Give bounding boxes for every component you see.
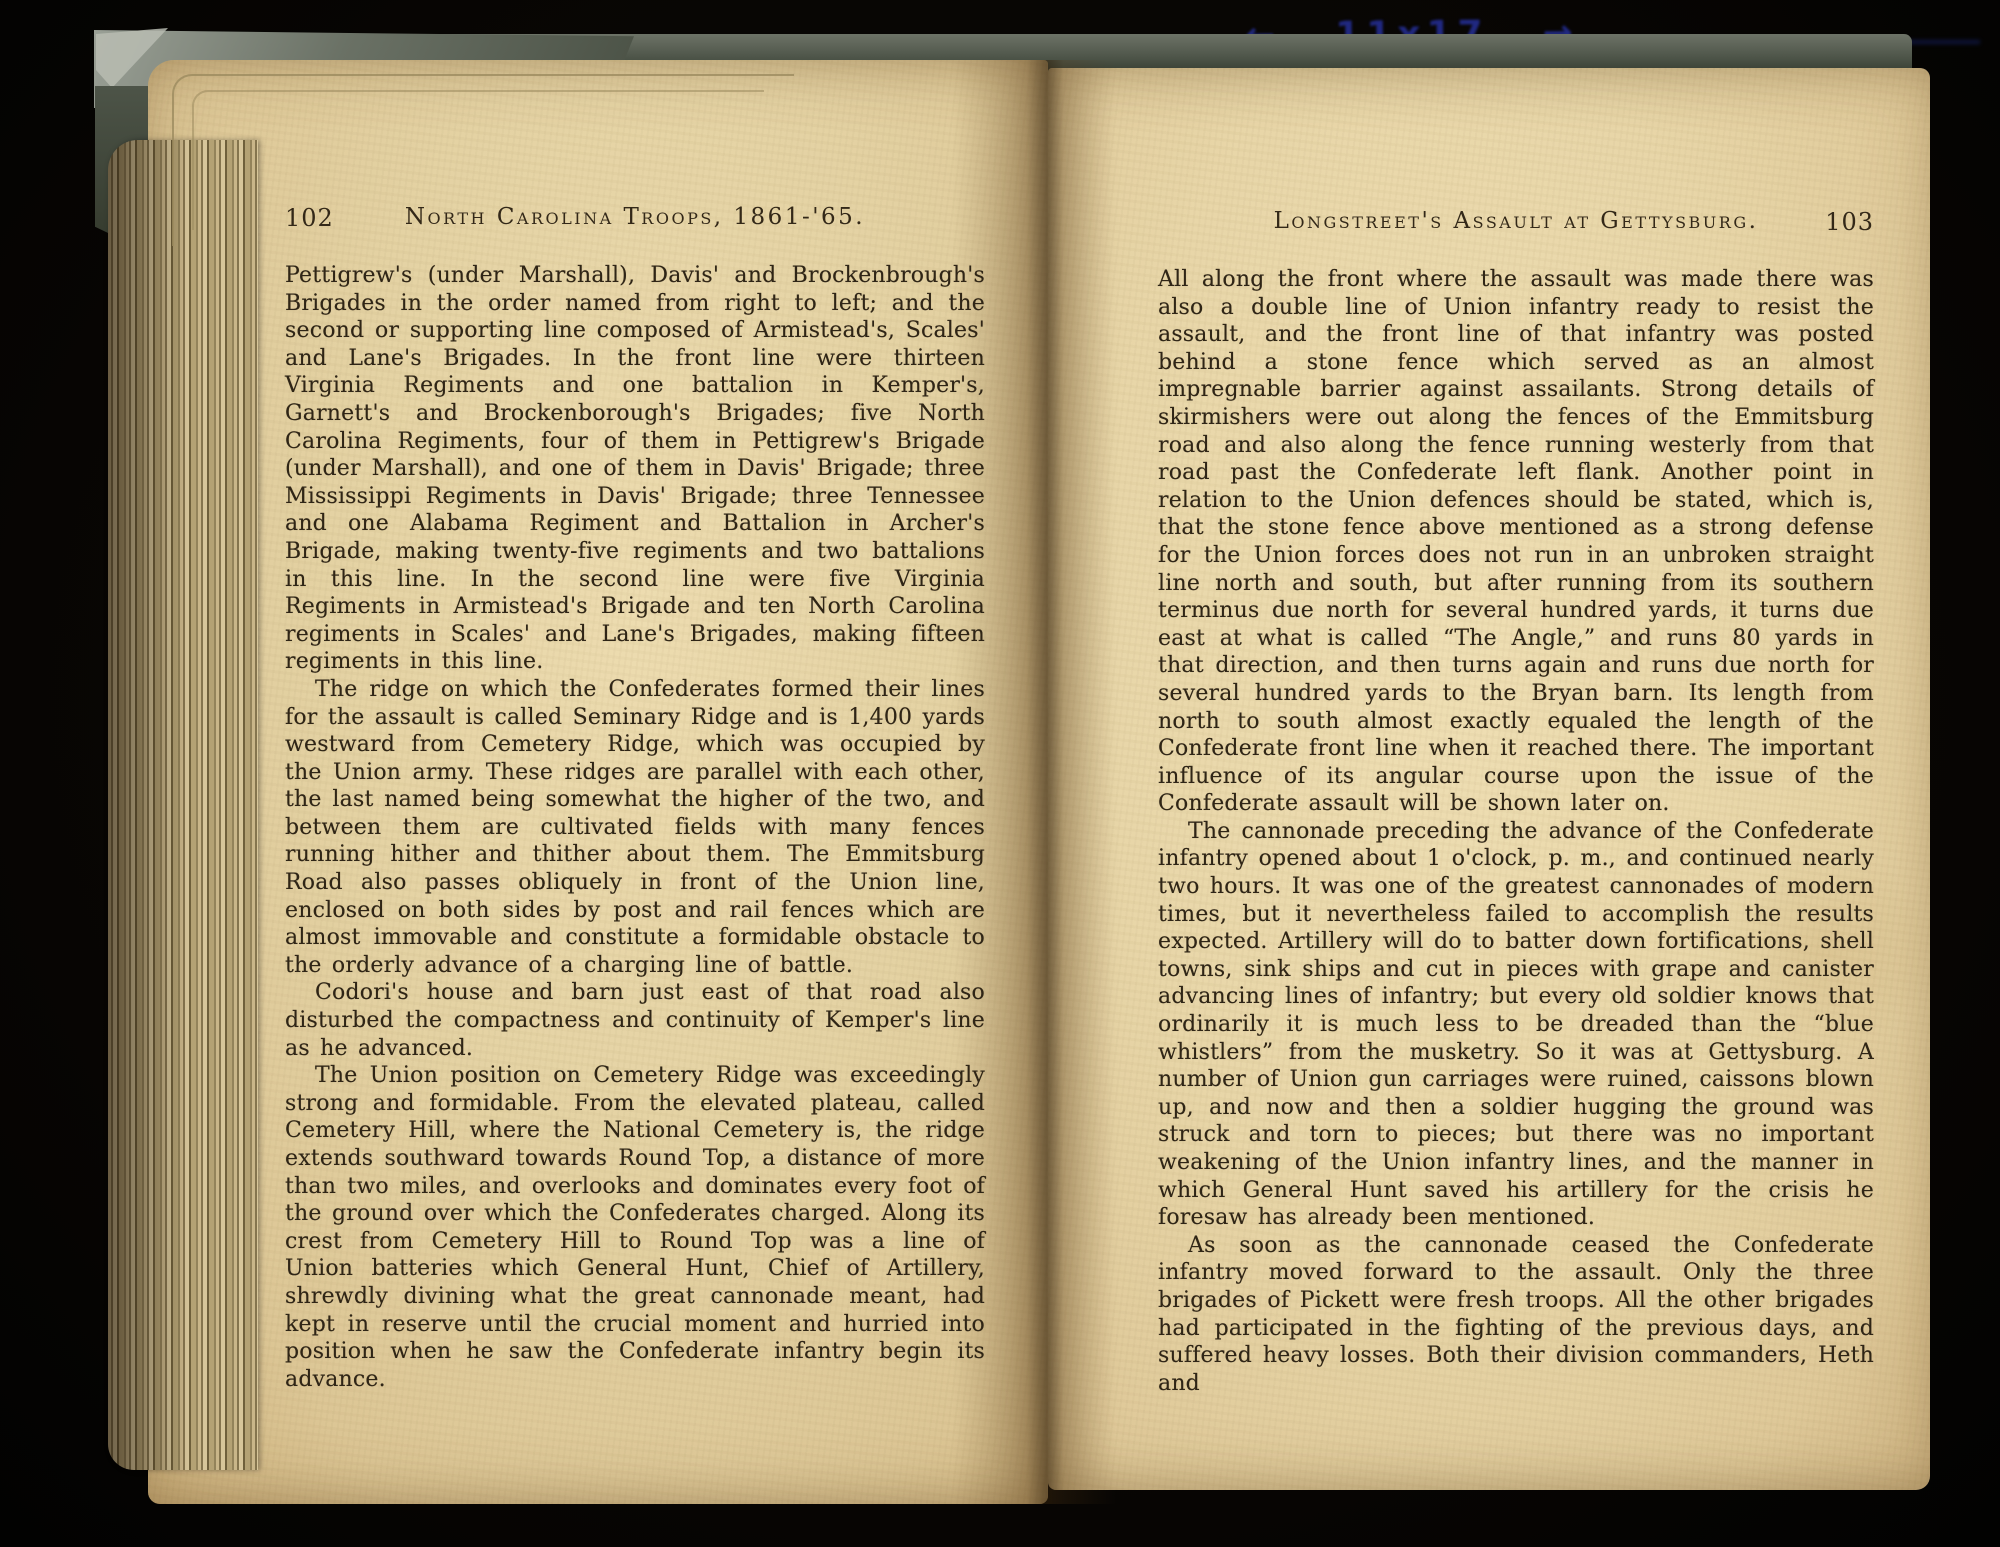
left-page-number: 102: [285, 204, 334, 232]
left-page-text: 102 North Carolina Troops, 1861-'65. Pet…: [285, 204, 985, 1393]
right-page-number: 103: [1825, 208, 1874, 236]
left-running-head: 102 North Carolina Troops, 1861-'65.: [285, 204, 985, 238]
paragraph: The Union position on Cemetery Ridge was…: [285, 1062, 985, 1393]
right-page-text: Longstreet's Assault at Gettysburg. 103 …: [1158, 208, 1874, 1397]
paragraph: The cannonade preceding the advance of t…: [1158, 818, 1874, 1232]
paragraph: Pettigrew's (under Marshall), Davis' and…: [285, 262, 985, 676]
right-running-head: Longstreet's Assault at Gettysburg. 103: [1158, 208, 1874, 242]
paragraph: All along the front where the assault wa…: [1158, 266, 1874, 818]
paragraph: As soon as the cannonade ceased the Conf…: [1158, 1232, 1874, 1398]
page-stack-fore-edge: [108, 140, 258, 1470]
right-body-copy: All along the front where the assault wa…: [1158, 266, 1874, 1397]
left-body-copy: Pettigrew's (under Marshall), Davis' and…: [285, 262, 985, 1393]
left-running-title: North Carolina Troops, 1861-'65.: [285, 204, 985, 230]
right-running-title: Longstreet's Assault at Gettysburg.: [1158, 208, 1874, 234]
paragraph: Codori's house and barn just east of tha…: [285, 979, 985, 1062]
paragraph: The ridge on which the Confederates form…: [285, 676, 985, 980]
